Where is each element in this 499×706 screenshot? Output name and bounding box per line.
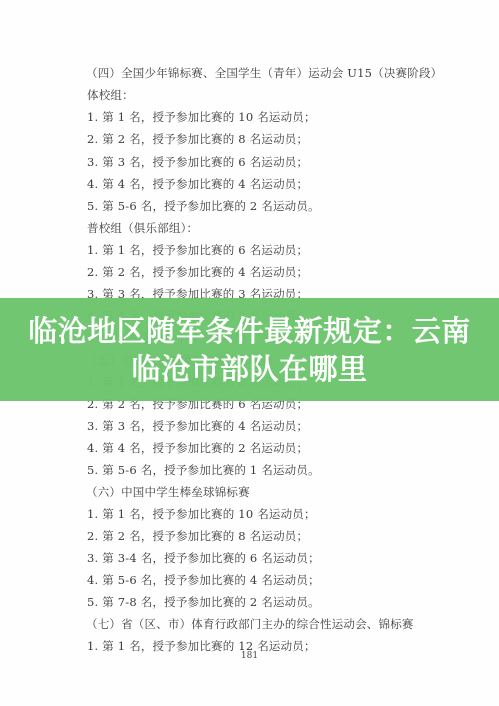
section-heading: （四）全国少年锦标赛、全国学生（青年）运动会 U15（决赛阶段） xyxy=(86,66,442,80)
section-heading: （六）中国中学生棒垒球锦标赛 xyxy=(86,485,250,499)
list-item: 4. 第 5-6 名，授予参加比赛的 4 名运动员； xyxy=(87,573,320,587)
group-label: 体校组： xyxy=(87,88,134,102)
list-item: 5. 第 7-8 名，授予参加比赛的 2 名运动员。 xyxy=(87,595,320,609)
list-item: 1. 第 1 名，授予参加比赛的 6 名运动员； xyxy=(87,243,308,257)
group-label: 普校组（俱乐部组）： xyxy=(87,221,198,235)
page-number: 181 xyxy=(0,651,499,661)
title-banner: 临沧地区随军条件最新规定：云南临沧市部队在哪里 xyxy=(0,298,499,401)
list-item: 3. 第 3 名，授予参加比赛的 6 名运动员； xyxy=(87,155,308,169)
banner-title: 临沧地区随军条件最新规定：云南临沧市部队在哪里 xyxy=(15,312,485,388)
list-item: 1. 第 1 名，授予参加比赛的 10 名运动员； xyxy=(87,110,316,124)
list-item: 4. 第 4 名，授予参加比赛的 4 名运动员； xyxy=(87,177,308,191)
list-item: 3. 第 3 名，授予参加比赛的 4 名运动员； xyxy=(87,419,308,433)
list-item: 5. 第 5-6 名，授予参加比赛的 1 名运动员。 xyxy=(87,463,320,477)
list-item: 1. 第 1 名，授予参加比赛的 10 名运动员； xyxy=(87,507,316,521)
section-heading: （七）省（区、市）体育行政部门主办的综合性运动会、锦标赛 xyxy=(86,617,414,631)
list-item: 5. 第 5-6 名，授予参加比赛的 2 名运动员。 xyxy=(87,199,320,213)
list-item: 4. 第 4 名，授予参加比赛的 2 名运动员； xyxy=(87,441,308,455)
list-item: 2. 第 2 名，授予参加比赛的 4 名运动员； xyxy=(87,265,308,279)
list-item: 2. 第 2 名，授予参加比赛的 8 名运动员； xyxy=(87,132,308,146)
list-item: 2. 第 2 名，授予参加比赛的 8 名运动员； xyxy=(87,529,308,543)
list-item: 3. 第 3-4 名，授予参加比赛的 6 名运动员； xyxy=(87,551,320,565)
